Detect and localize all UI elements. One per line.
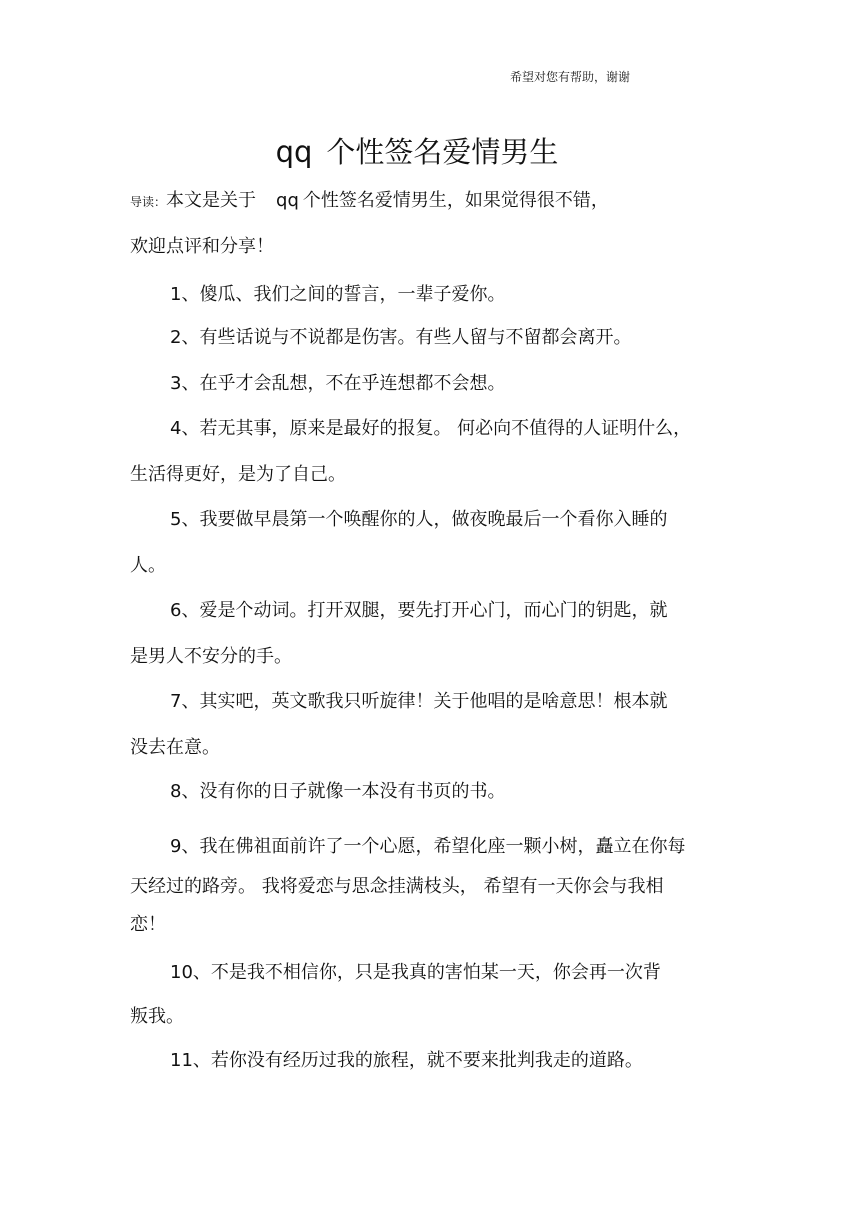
list-item-cont: 是男人不安分的手。 [130,642,292,668]
list-item-cont: 没去在意。 [130,733,220,759]
list-item: 5、我要做早晨第一个唤醒你的人，做夜晚最后一个看你入睡的 [170,505,667,531]
list-item-cont: 叛我。 [130,1002,184,1028]
list-item: 11、若你没有经历过我的旅程，就不要来批判我走的道路。 [170,1046,643,1072]
item-text: 、没有你的日子就像一本没有书页的书。 [181,781,505,802]
lead-text-cont: 个性签名爱情男生，如果觉得很不错， [303,190,609,211]
item-number: 3 [170,373,181,394]
item-text: 、我要做早晨第一个唤醒你的人，做夜晚最后一个看你入睡的 [181,509,667,530]
lead-latin: qq [276,190,299,211]
item-number: 1 [170,284,181,305]
list-item: 1、傻瓜、我们之间的誓言，一辈子爱你。 [170,280,505,306]
list-item: 4、若无其事，原来是最好的报复。 何必向不值得的人证明什么， [170,414,691,440]
list-item: 7、其实吧，英文歌我只听旋律！关于他唱的是啥意思！根本就 [170,687,667,713]
list-item-cont: 生活得更好，是为了自己。 [130,460,346,486]
list-item-cont: 人。 [130,551,166,577]
list-item-cont: 恋！ [130,910,166,936]
lead-paragraph: 导读：本文是关于qq个性签名爱情男生，如果觉得很不错， [130,186,609,212]
list-item: 3、在乎才会乱想，不在乎连想都不会想。 [170,369,505,395]
item-number: 9 [170,836,181,857]
item-number: 10 [170,962,193,983]
item-number: 5 [170,509,181,530]
list-item: 10、不是我不相信你，只是我真的害怕某一天，你会再一次背 [170,958,661,984]
item-number: 2 [170,327,181,348]
lead-text: 本文是关于 [166,190,256,211]
list-item: 6、爱是个动词。打开双腿，要先打开心门，而心门的钥匙，就 [170,596,667,622]
title-text: 个性签名爱情男生 [326,135,558,169]
item-text: 、其实吧，英文歌我只听旋律！关于他唱的是啥意思！根本就 [181,691,667,712]
item-number: 6 [170,600,181,621]
item-text: 、有些话说与不说都是伤害。有些人留与不留都会离开。 [181,327,631,348]
list-item-cont: 天经过的路旁。 我将爱恋与思念挂满枝头， 希望有一天你会与我相 [130,872,663,898]
item-text: 、不是我不相信你，只是我真的害怕某一天，你会再一次背 [193,962,661,983]
item-number: 4 [170,418,181,439]
item-text: 、我在佛祖面前许了一个心愿，希望化座一颗小树，矗立在你每 [181,836,685,857]
item-text: 、若你没有经历过我的旅程，就不要来批判我走的道路。 [193,1050,643,1071]
item-text: 、若无其事，原来是最好的报复。 何必向不值得的人证明什么， [181,418,691,439]
item-text: 、在乎才会乱想，不在乎连想都不会想。 [181,373,505,394]
page-title: qq个性签名爱情男生 [0,130,834,171]
item-text: 、傻瓜、我们之间的誓言，一辈子爱你。 [181,284,505,305]
lead-label: 导读： [130,195,166,209]
item-number: 7 [170,691,181,712]
item-number: 11 [170,1050,193,1071]
list-item: 9、我在佛祖面前许了一个心愿，希望化座一颗小树，矗立在你每 [170,832,685,858]
list-item: 2、有些话说与不说都是伤害。有些人留与不留都会离开。 [170,323,631,349]
lead-line-2: 欢迎点评和分享！ [130,232,274,258]
item-number: 8 [170,781,181,802]
item-text: 、爱是个动词。打开双腿，要先打开心门，而心门的钥匙，就 [181,600,667,621]
list-item: 8、没有你的日子就像一本没有书页的书。 [170,777,505,803]
title-latin: qq [276,135,313,169]
header-note: 希望对您有帮助，谢谢 [510,68,630,85]
